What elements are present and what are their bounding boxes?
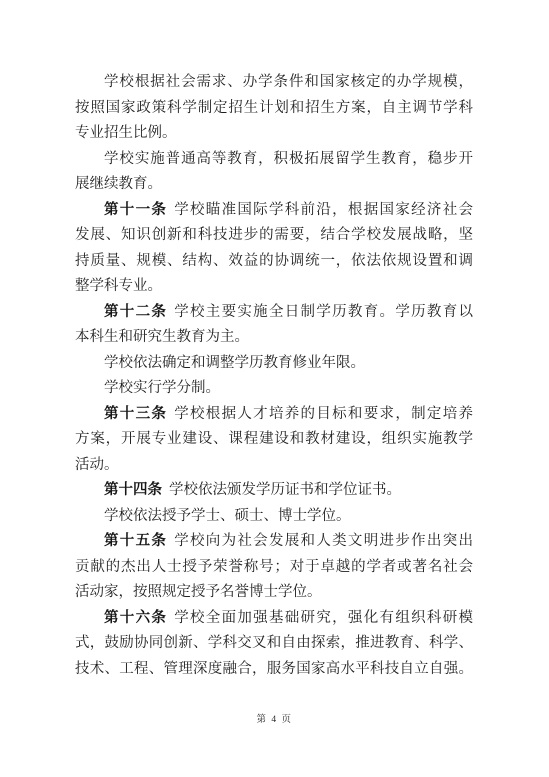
line-text: 学校根据人才培养的目标和要求，制定培养 [174, 406, 473, 422]
document-line: 学校实行学分制。 [75, 376, 473, 402]
document-line: 方案，开展专业建设、课程建设和教材建设，组织实施教学 [75, 427, 473, 453]
document-line: 本科生和研究生教育为主。 [75, 325, 473, 351]
line-text: 学校主要实施全日制学历教育。学历教育以 [174, 304, 473, 320]
document-line: 学校依法授予学士、硕士、博士学位。 [75, 504, 473, 530]
line-text: 方案，开展专业建设、课程建设和教材建设，组织实施教学 [75, 431, 473, 447]
line-text: 学校瞄准国际学科前沿，根据国家经济社会 [174, 202, 473, 218]
article-number-bold: 第十五条 [104, 533, 167, 549]
document-line: 贡献的杰出人士授予荣誉称号；对于卓越的学者或著名社会 [75, 555, 473, 581]
line-text: 专业招生比例。 [75, 125, 177, 141]
document-line: 学校实施普通高等教育，积极拓展留学生教育，稳步开 [75, 147, 473, 173]
line-text: 本科生和研究生教育为主。 [75, 329, 249, 345]
document-line: 第十六条学校全面加强基础研究，强化有组织科研模 [75, 606, 473, 632]
document-line: 发展、知识创新和科技进步的需要，结合学校发展战略，坚 [75, 223, 473, 249]
line-text: 学校依法颁发学历证书和学位证书。 [169, 482, 401, 498]
document-line: 学校依法确定和调整学历教育修业年限。 [75, 351, 473, 377]
line-text: 式，鼓励协同创新、学科交叉和自由探索，推进教育、科学、 [75, 635, 473, 651]
document-line: 展继续教育。 [75, 172, 473, 198]
line-text: 活动家，按照规定授予名誉博士学位。 [75, 584, 322, 600]
line-text: 学校依法授予学士、硕士、博士学位。 [104, 508, 351, 524]
line-text: 学校全面加强基础研究，强化有组织科研模 [174, 610, 473, 626]
article-number-bold: 第十六条 [104, 610, 167, 626]
document-line: 整学科专业。 [75, 274, 473, 300]
line-text: 贡献的杰出人士授予荣誉称号；对于卓越的学者或著名社会 [75, 559, 473, 575]
document-line: 活动家，按照规定授予名誉博士学位。 [75, 580, 473, 606]
document-line: 式，鼓励协同创新、学科交叉和自由探索，推进教育、科学、 [75, 631, 473, 657]
document-body: 学校根据社会需求、办学条件和国家核定的办学规模， 按照国家政策科学制定招生计划和… [75, 70, 473, 682]
line-text: 学校实施普通高等教育，积极拓展留学生教育，稳步开 [104, 151, 473, 167]
article-number-bold: 第十一条 [104, 202, 167, 218]
document-line: 第十二条学校主要实施全日制学历教育。学历教育以 [75, 300, 473, 326]
document-line: 活动。 [75, 453, 473, 479]
document-line: 第十一条学校瞄准国际学科前沿，根据国家经济社会 [75, 198, 473, 224]
line-text: 发展、知识创新和科技进步的需要，结合学校发展战略，坚 [75, 227, 473, 243]
line-text: 学校依法确定和调整学历教育修业年限。 [104, 355, 365, 371]
page-number: 第 4 页 [0, 711, 549, 725]
line-text: 整学科专业。 [75, 278, 162, 294]
document-line: 第十四条学校依法颁发学历证书和学位证书。 [75, 478, 473, 504]
line-text: 学校向为社会发展和人类文明进步作出突出 [174, 533, 473, 549]
line-text: 活动。 [75, 457, 119, 473]
document-line: 专业招生比例。 [75, 121, 473, 147]
line-text: 持质量、规模、结构、效益的协调统一，依法依规设置和调 [75, 253, 473, 269]
line-text: 学校根据社会需求、办学条件和国家核定的办学规模， [104, 74, 473, 90]
document-line: 第十五条学校向为社会发展和人类文明进步作出突出 [75, 529, 473, 555]
document-line: 学校根据社会需求、办学条件和国家核定的办学规模， [75, 70, 473, 96]
line-text: 展继续教育。 [75, 176, 162, 192]
document-line: 第十三条学校根据人才培养的目标和要求，制定培养 [75, 402, 473, 428]
line-text: 学校实行学分制。 [104, 380, 220, 396]
line-text: 技术、工程、管理深度融合，服务国家高水平科技自立自强。 [75, 661, 473, 677]
document-line: 技术、工程、管理深度融合，服务国家高水平科技自立自强。 [75, 657, 473, 683]
document-line: 按照国家政策科学制定招生计划和招生方案，自主调节学科 [75, 96, 473, 122]
line-text: 按照国家政策科学制定招生计划和招生方案，自主调节学科 [75, 100, 473, 116]
document-line: 持质量、规模、结构、效益的协调统一，依法依规设置和调 [75, 249, 473, 275]
article-number-bold: 第十四条 [104, 482, 162, 498]
article-number-bold: 第十二条 [104, 304, 167, 320]
article-number-bold: 第十三条 [104, 406, 167, 422]
document-page: 学校根据社会需求、办学条件和国家核定的办学规模， 按照国家政策科学制定招生计划和… [0, 0, 549, 777]
